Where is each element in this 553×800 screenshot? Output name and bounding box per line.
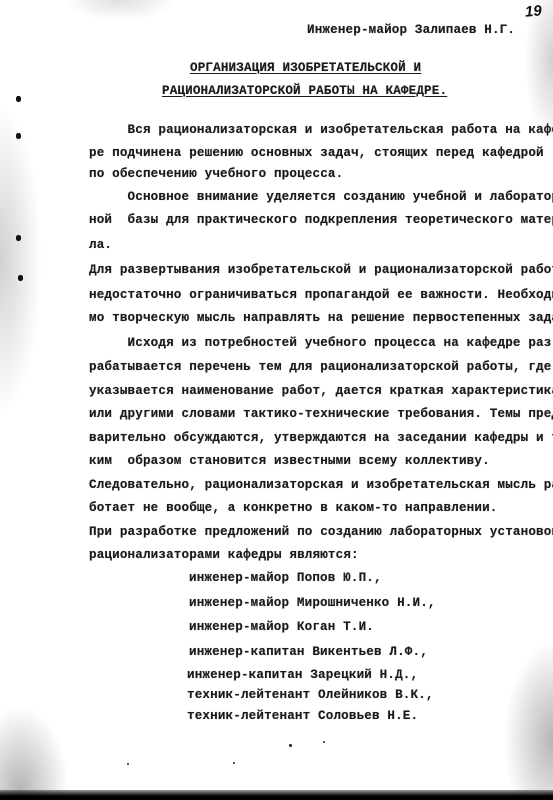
- rationalizer-list-item: техник-лейтенант Соловьев Н.Е.: [187, 708, 418, 724]
- rationalizer-list-item: инженер-майор Попов Ю.П.,: [189, 570, 382, 586]
- body-line: ре подчинена решению основных задач, сто…: [89, 145, 544, 161]
- punch-hole: [16, 133, 21, 139]
- body-line: Вся рационализаторская и изобретательска…: [89, 122, 553, 138]
- rationalizer-list-item: инженер-майор Мирошниченко Н.И.,: [189, 595, 436, 611]
- body-line: указывается наименование работ, дается к…: [89, 383, 553, 399]
- body-line: варительно обсуждаются, утверждаются на …: [89, 430, 553, 446]
- body-line: недостаточно ограничиваться пропагандой …: [89, 287, 553, 303]
- body-line: ной базы для практического подкрепления …: [89, 212, 553, 228]
- body-line: или другими словами тактико-технические …: [89, 406, 553, 422]
- scan-bottom-edge: [0, 790, 553, 800]
- body-line: ла.: [89, 237, 112, 253]
- page-number: 19: [524, 2, 542, 20]
- punch-hole: [16, 96, 21, 102]
- body-line: рабатывается перечень тем для рационализ…: [89, 359, 551, 375]
- body-line: ким образом становится известными всему …: [89, 453, 490, 469]
- body-line: Для развертывания изобретательской и рац…: [89, 262, 553, 278]
- title-line-1: ОРГАНИЗАЦИЯ ИЗОБРЕТАТЕЛЬСКОЙ И: [190, 60, 421, 76]
- rationalizer-list-item: техник-лейтенант Олейников В.К.,: [187, 687, 434, 703]
- speck: [233, 762, 235, 764]
- body-line: Основное внимание уделяется созданию уче…: [89, 189, 553, 205]
- title-line-2: РАЦИОНАЛИЗАТОРСКОЙ РАБОТЫ НА КАФЕДРЕ.: [162, 83, 447, 99]
- punch-hole: [16, 235, 21, 241]
- author-line: Инженер-майор Залипаев Н.Г.: [307, 22, 515, 38]
- body-line: Исходя из потребностей учебного процесса…: [89, 335, 553, 351]
- body-line: При разработке предложений по созданию л…: [89, 524, 553, 540]
- speck: [127, 763, 129, 765]
- body-line: мо творческую мысль направлять на решени…: [89, 310, 553, 326]
- scanned-page: 19 Инженер-майор Залипаев Н.Г. ОРГАНИЗАЦ…: [0, 0, 553, 800]
- speck: [323, 741, 325, 743]
- punch-hole: [18, 275, 23, 281]
- body-line: рационализаторами кафедры являются:: [89, 547, 359, 563]
- body-line: ботает не вообще, а конкретно в каком-то…: [89, 500, 498, 516]
- body-line: по обеспечению учебного процесса.: [89, 166, 343, 182]
- rationalizer-list-item: инженер-капитан Зарецкий Н.Д.,: [187, 667, 418, 683]
- rationalizer-list-item: инженер-майор Коган Т.И.: [189, 619, 374, 635]
- rationalizer-list-item: инженер-капитан Викентьев Л.Ф.,: [189, 644, 428, 660]
- body-line: Следовательно, рационализаторская и изоб…: [89, 477, 553, 493]
- speck: [289, 744, 292, 747]
